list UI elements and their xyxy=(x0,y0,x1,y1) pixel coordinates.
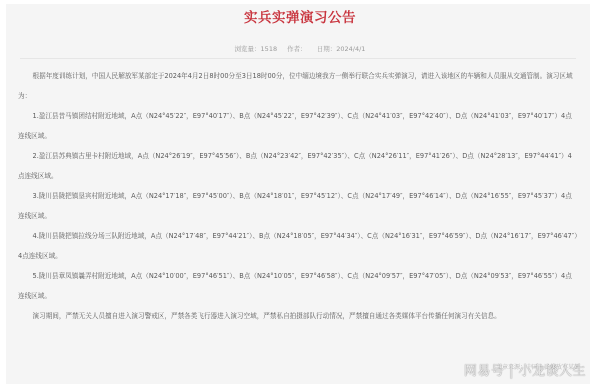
views-count: 1518 xyxy=(261,45,278,53)
exercise-zone-item-1: 1.盈江县昔马镇团结村附近地域，A点（N24°45′22″，E97°40′17″… xyxy=(18,106,578,146)
author-meta: 作者： xyxy=(287,45,307,53)
article-meta: 浏览量：1518 作者： 日期：2024/4/1 xyxy=(0,44,600,53)
date-value: 2024/4/1 xyxy=(336,45,365,53)
exercise-zone-item-5: 5.陇川县章凤镇曩弄村附近地域，A点（N24°10′00″，E97°46′51″… xyxy=(18,266,578,306)
exercise-zone-item-2: 2.盈江县苏典镇古里卡村附近地域，A点（N24°26′19″，E97°45′56… xyxy=(18,146,578,186)
header-divider xyxy=(20,58,576,59)
page: 实兵实弹演习公告 浏览量：1518 作者： 日期：2024/4/1 根据年度训练… xyxy=(0,0,600,390)
author-label: 作者： xyxy=(287,45,307,53)
notice-paragraph: 演习期间，严禁无关人员擅自进入演习警戒区，严禁各类飞行器进入演习空域，严禁私自拍… xyxy=(18,306,578,326)
exercise-zone-item-4: 4.陇川县陇把镇拉线分场三队附近地域，A点（N24°17′48″，E97°44′… xyxy=(18,226,578,266)
views-meta: 浏览量：1518 xyxy=(235,45,278,53)
exercise-zone-item-3: 3.陇川县陇把镇垦宾村附近地域，A点（N24°17′18″，E97°45′00″… xyxy=(18,186,578,226)
article-title: 实兵实弹演习公告 xyxy=(0,6,600,26)
date-meta: 日期：2024/4/1 xyxy=(317,45,366,53)
watermark: 网易号 | 小龙谈人生 xyxy=(464,360,586,379)
views-label: 浏览量： xyxy=(235,45,261,53)
date-label: 日期： xyxy=(317,45,337,53)
intro-paragraph: 根据年度训练计划，中国人民解放军某部定于2024年4月2日8时00分至3日18时… xyxy=(18,66,578,106)
article-body: 根据年度训练计划，中国人民解放军某部定于2024年4月2日8时00分至3日18时… xyxy=(18,66,578,326)
